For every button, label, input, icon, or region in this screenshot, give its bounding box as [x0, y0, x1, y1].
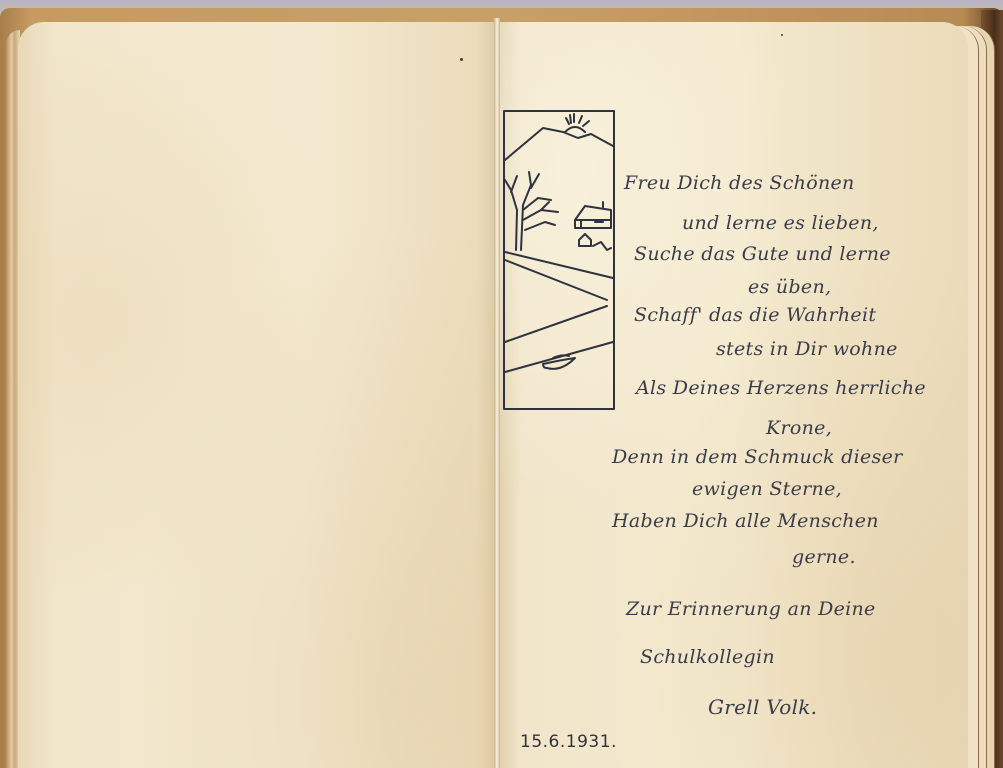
- dedication-line: Schulkollegin: [640, 646, 775, 668]
- poem-line: Krone,: [766, 417, 832, 439]
- cart-icon: [579, 234, 611, 250]
- entry-date: 15.6.1931.: [520, 732, 617, 752]
- frame-border: [504, 111, 614, 409]
- book-gutter: [494, 18, 500, 768]
- dedication-line: Zur Erinnerung an Deine: [626, 598, 876, 620]
- landscape-drawing: [503, 110, 615, 410]
- poem-line: und lerne es lieben,: [682, 212, 879, 234]
- poem-line: es üben,: [748, 276, 831, 298]
- sun-icon: [565, 127, 585, 132]
- poem-line: Schaff' das die Wahrheit: [634, 304, 876, 326]
- house-icon: [575, 202, 611, 228]
- tree-icon: [505, 172, 558, 250]
- poem-line: Als Deines Herzens herrliche: [636, 377, 926, 399]
- mountain-icon: [505, 128, 613, 160]
- poem-line: ewigen Sterne,: [692, 478, 842, 500]
- signature: Grell Volk.: [708, 695, 817, 719]
- poem-line: Freu Dich des Schönen: [624, 172, 855, 194]
- poem-line: gerne.: [792, 546, 856, 568]
- ink-speck: [781, 34, 783, 36]
- poem-line: Suche das Gute und lerne: [634, 243, 891, 265]
- poem-line: Denn in dem Schmuck dieser: [612, 446, 903, 468]
- poem-line: Haben Dich alle Menschen: [612, 510, 879, 532]
- ink-speck: [460, 58, 463, 61]
- poem-line: stets in Dir wohne: [716, 338, 898, 360]
- left-page: [18, 22, 496, 768]
